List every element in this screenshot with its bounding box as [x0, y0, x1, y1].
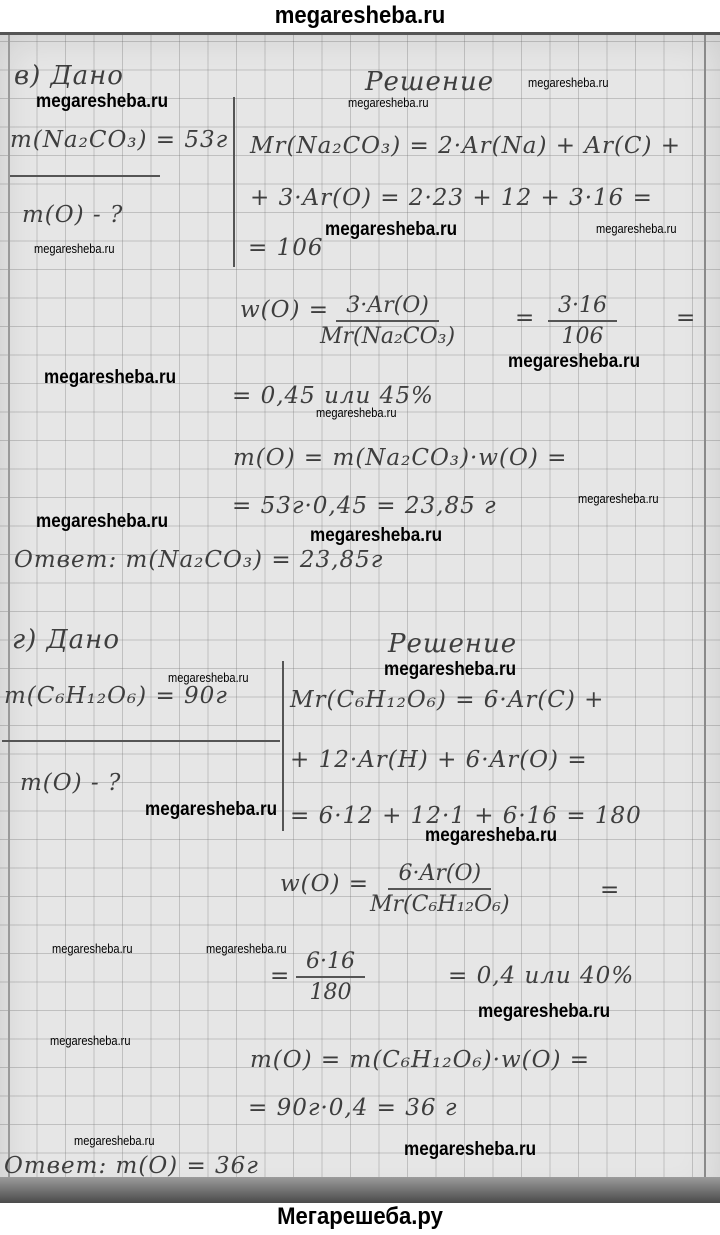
- watermark: megaresheba.ru: [478, 1001, 610, 1023]
- given-divider: [282, 661, 284, 831]
- problem-v-w-fraction: 3·Ar(O) Mr(Na₂CO₃): [320, 293, 455, 349]
- problem-v-m-line: = 53г·0,45 = 23,85 г: [232, 493, 497, 519]
- problem-g-label: г) Дано: [12, 625, 120, 655]
- watermark: megaresheba.ru: [36, 91, 168, 113]
- watermark: megaresheba.ru: [34, 241, 114, 256]
- watermark: megaresheba.ru: [44, 367, 176, 389]
- problem-v-find: m(O) - ?: [22, 202, 123, 228]
- watermark: megaresheba.ru: [206, 941, 286, 956]
- problem-g-w-fraction: 6·Ar(O) Mr(C₆H₁₂O₆): [370, 861, 510, 917]
- problem-v-line: + 3·Ar(O) = 2·23 + 12 + 3·16 =: [250, 185, 653, 211]
- problem-v-label: в) Дано: [14, 61, 124, 91]
- watermark: megaresheba.ru: [316, 405, 396, 420]
- watermark: megaresheba.ru: [325, 219, 457, 241]
- problem-g-answer: Ответ: m(O) = 36г: [4, 1153, 259, 1179]
- problem-g-w-fraction-values: 6·16 180: [296, 949, 365, 1005]
- watermark: megaresheba.ru: [425, 825, 557, 847]
- problem-v-w-fraction-values: 3·16 106: [548, 293, 617, 349]
- problem-g-m-line: m(O) = m(C₆H₁₂O₆)·w(O) =: [250, 1047, 590, 1073]
- equals-sign: =: [600, 877, 620, 903]
- given-underline: [10, 175, 160, 177]
- page-margin-line: [8, 35, 10, 1203]
- site-header[interactable]: megaresheba.ru: [29, 0, 691, 34]
- watermark: megaresheba.ru: [596, 221, 676, 236]
- problem-g-w-lhs: w(O) =: [280, 871, 369, 897]
- watermark: megaresheba.ru: [508, 351, 640, 373]
- notebook-page: в) Дано Решение m(Na₂CO₃) = 53г m(O) - ?…: [0, 32, 720, 1203]
- watermark: megaresheba.ru: [348, 95, 428, 110]
- watermark: megaresheba.ru: [36, 511, 168, 533]
- watermark: megaresheba.ru: [528, 75, 608, 90]
- problem-g-line: Mr(C₆H₁₂O₆) = 6·Ar(C) +: [290, 687, 604, 713]
- equals-sign: =: [515, 305, 535, 331]
- problem-v-given: m(Na₂CO₃) = 53г: [10, 127, 228, 153]
- problem-g-given: m(C₆H₁₂O₆) = 90г: [4, 683, 228, 709]
- watermark: megaresheba.ru: [578, 491, 658, 506]
- problem-v-w-lhs: w(O) =: [240, 297, 329, 323]
- problem-g-find: m(O) - ?: [20, 770, 121, 796]
- equals-sign: =: [676, 305, 696, 331]
- watermark: megaresheba.ru: [168, 670, 248, 685]
- site-footer[interactable]: Мегарешеба.ру: [29, 1200, 691, 1235]
- problem-v-answer: Ответ: m(Na₂CO₃) = 23,85г: [14, 547, 383, 573]
- problem-v-line: = 106: [248, 235, 323, 261]
- watermark: megaresheba.ru: [145, 799, 277, 821]
- problem-v-solution-label: Решение: [365, 67, 494, 97]
- problem-g-w-result: = 0,4 или 40%: [448, 963, 634, 989]
- equals-sign: =: [270, 963, 290, 989]
- problem-g-m-line: = 90г·0,4 = 36 г: [248, 1095, 457, 1121]
- problem-g-solution-label: Решение: [388, 629, 517, 659]
- problem-v-m-line: m(O) = m(Na₂CO₃)·w(O) =: [233, 445, 567, 471]
- problem-g-line: + 12·Ar(H) + 6·Ar(O) =: [290, 747, 588, 773]
- watermark: megaresheba.ru: [50, 1033, 130, 1048]
- page-margin-line: [704, 35, 706, 1203]
- watermark: megaresheba.ru: [310, 525, 442, 547]
- watermark: megaresheba.ru: [52, 941, 132, 956]
- watermark: megaresheba.ru: [404, 1139, 536, 1161]
- watermark: megaresheba.ru: [74, 1133, 154, 1148]
- given-divider: [233, 97, 235, 267]
- problem-v-line: Mr(Na₂CO₃) = 2·Ar(Na) + Ar(C) +: [250, 133, 681, 159]
- watermark: megaresheba.ru: [384, 659, 516, 681]
- given-underline: [2, 740, 280, 742]
